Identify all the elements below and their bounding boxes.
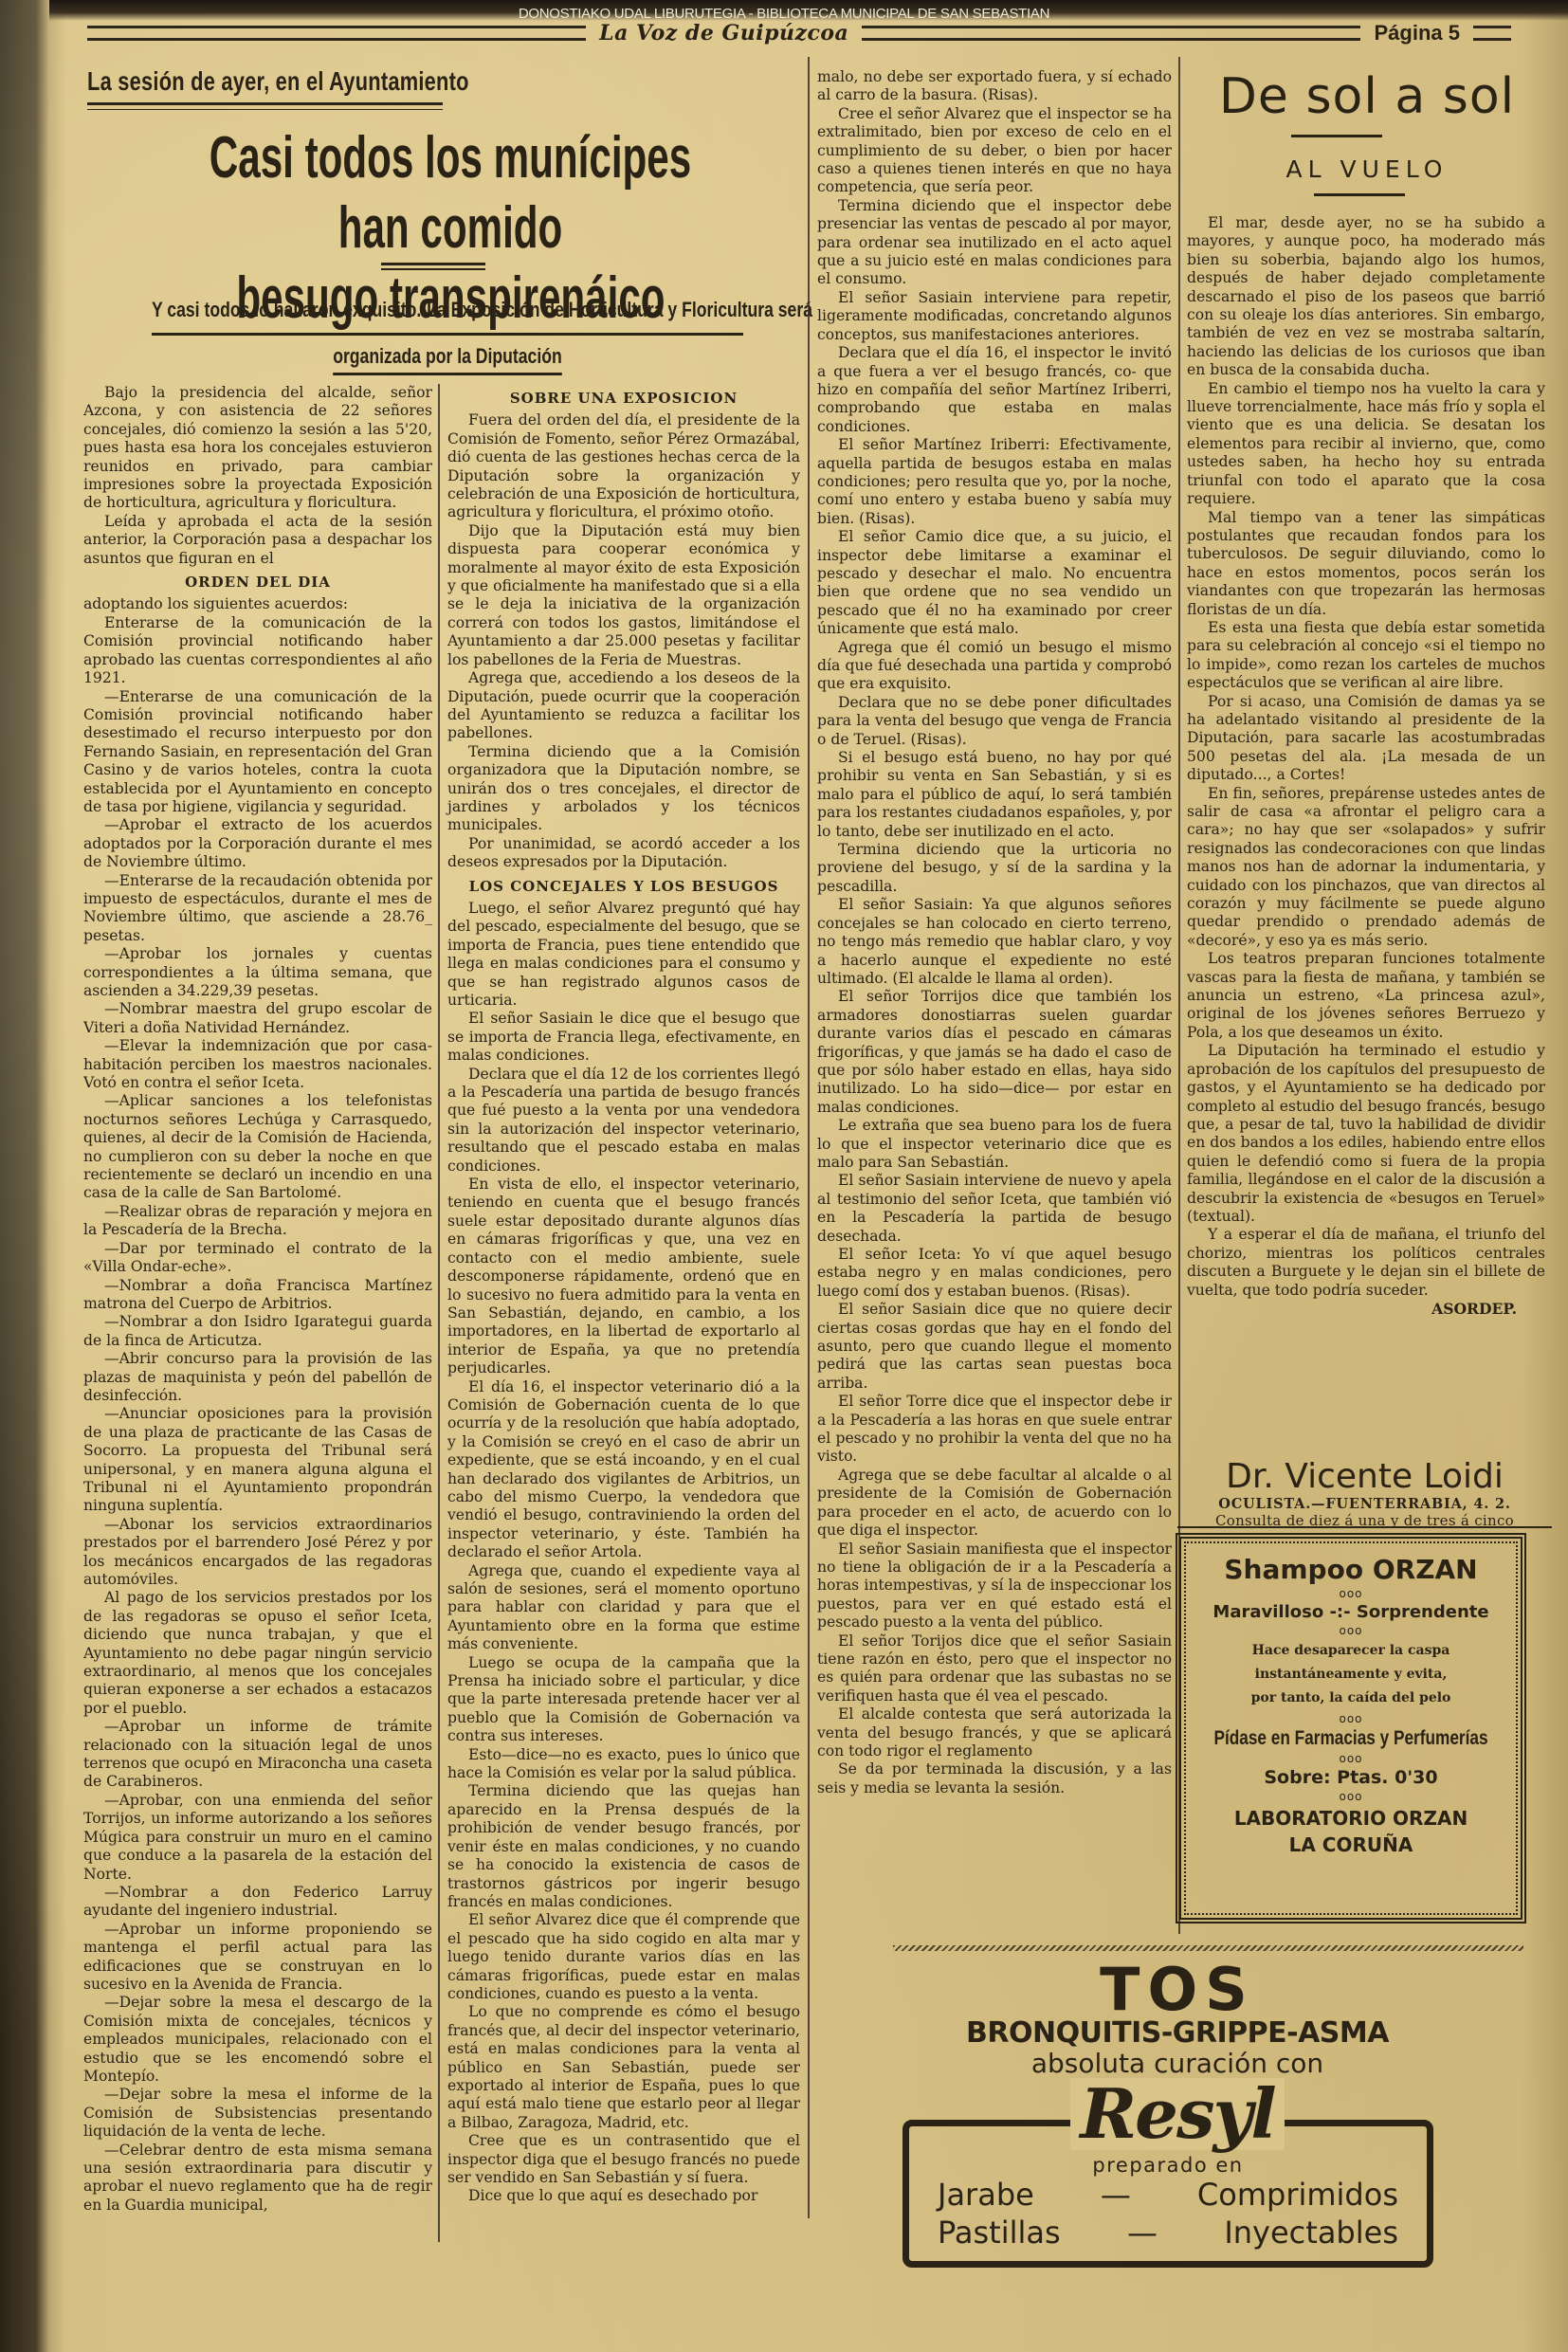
paragraph: El señor Sasiain: Ya que algunos señores… <box>817 896 1172 988</box>
ad-loidi-name: Dr. Vicente Loidi <box>1177 1458 1552 1496</box>
paragraph: El señor Torre dice que el inspector deb… <box>817 1393 1172 1467</box>
paragraph: Leída y aprobada el acta de la sesión an… <box>83 513 432 568</box>
paragraph: Dice que lo que aquí es desechado por <box>447 2187 800 2205</box>
paragraph: El señor Martínez Iriberri: Efectivament… <box>817 436 1172 528</box>
paragraph: —Aprobar un informe proponiendo se mante… <box>83 1921 432 1995</box>
paragraph: —Enterarse de una comunicación de la Com… <box>83 688 432 817</box>
column-de-sol-a-sol: El mar, desde ayer, no se ha subido a ma… <box>1187 214 1545 1318</box>
paragraph: —Nombrar maestra del grupo escolar de Vi… <box>83 1000 432 1037</box>
paragraph: Lo que no comprende es cómo el besugo fr… <box>447 2003 800 2132</box>
ornament-separator: ooo <box>1181 1710 1521 1727</box>
ornament-separator: ooo <box>1181 1788 1521 1805</box>
paragraph: En cambio el tiempo nos ha vuelto la car… <box>1187 380 1545 509</box>
masthead-rule-right <box>862 26 1360 41</box>
paragraph: La Diputación ha terminado el estudio y … <box>1187 1042 1545 1226</box>
ad-resyl-brand-logo: Resyl <box>1070 2078 1284 2150</box>
paragraph: Bajo la presidencia del alcalde, señor A… <box>83 384 432 513</box>
headline-rule <box>381 263 485 270</box>
ad-orzan-description: Hace desaparecer la caspa instantáneamen… <box>1247 1639 1455 1710</box>
form-pastillas: Pastillas <box>938 2214 1061 2252</box>
paragraph: El señor Torrijos dice que también los a… <box>817 988 1172 1117</box>
paragraph: En fin, señores, prepárense ustedes ante… <box>1187 785 1545 951</box>
ad-resyl-forms-row-1: Jarabe — Comprimidos <box>922 2176 1413 2214</box>
paragraph: malo, no debe ser exportado fuera, y sí … <box>817 68 1172 105</box>
paragraph: —Elevar la indemnización que por casa-ha… <box>83 1037 432 1092</box>
ad-resyl-headline: TOS <box>893 1962 1462 2017</box>
column-rule-2 <box>808 57 810 2218</box>
paragraph: —Abonar los servicios extraordinarios pr… <box>83 1516 432 1590</box>
paragraph: El mar, desde ayer, no se ha subido a ma… <box>1187 214 1545 380</box>
paragraph: Declara que el día 16, el inspector le i… <box>817 344 1172 436</box>
ornament-separator: ooo <box>1181 1750 1521 1767</box>
section-title: De sol a sol <box>1187 66 1547 127</box>
masthead: La Voz de Guipúzcoa Página 5 <box>87 23 1511 44</box>
paragraph: —Nombrar a don Isidro Igarategui guarda … <box>83 1313 432 1350</box>
paragraph: Si el besugo está bueno, no hay por qué … <box>817 749 1172 841</box>
newspaper-title: La Voz de Guipúzcoa <box>599 21 848 46</box>
paragraph: Cree el señor Alvarez que el inspector s… <box>817 105 1172 197</box>
article-column-2: SOBRE UNA EXPOSICIONFuera del orden del … <box>447 384 800 2206</box>
page-number: 5 <box>1449 21 1460 45</box>
subhead-line-2: organizada por la Diputación <box>333 340 562 375</box>
paragraph: adoptando los siguientes acuerdos: <box>83 595 432 613</box>
column-rule-1 <box>438 384 440 2242</box>
paragraph: Termina diciendo que a la Comisión organ… <box>447 743 800 835</box>
paragraph: El señor Sasiain manifiesta que el inspe… <box>817 1541 1172 1632</box>
paragraph: Declara que el día 12 de los corrientes … <box>447 1066 800 1176</box>
masthead-rule-end <box>1473 26 1511 41</box>
paragraph: Enterarse de la comunicación de la Comis… <box>83 614 432 688</box>
ad-orzan-where: Pídase en Farmacias y Perfumerías <box>1212 1727 1490 1750</box>
paragraph: Luego, el señor Alvarez preguntó qué hay… <box>447 900 800 1010</box>
paragraph: —Celebrar dentro de esta misma semana un… <box>83 2142 432 2215</box>
paragraph: Luego se ocupa de la campaña que la Pren… <box>447 1654 800 1746</box>
ad-resyl-prepared: preparado en <box>922 2155 1413 2176</box>
form-comprimidos: Comprimidos <box>1197 2176 1398 2214</box>
section-subtitle-rule <box>1314 193 1405 196</box>
paragraph: Fuera del orden del día, el presidente d… <box>447 411 800 521</box>
subhead-line-1: Y casi todos lo hallaron exquisito.-La E… <box>152 289 743 336</box>
article-kicker: La sesión de ayer, en el Ayuntamiento <box>87 66 469 97</box>
paragraph: —Aprobar, con una enmienda del señor Tor… <box>83 1792 432 1884</box>
paragraph: —Abrir concurso para la provisión de las… <box>83 1350 432 1405</box>
author-signature: ASORDEP. <box>1187 1300 1545 1318</box>
ornament-separator: ooo <box>1181 1585 1521 1602</box>
ad-orzan-tagline: Maravilloso -:- Sorprendente <box>1181 1602 1521 1622</box>
paragraph: Termina diciendo que la urticoria no pro… <box>817 841 1172 896</box>
library-watermark: DONOSTIAKO UDAL LIBURUTEGIA - BIBLIOTECA… <box>0 6 1568 22</box>
section-subtitle: AL VUELO <box>1187 155 1547 183</box>
paragraph: El señor Sasiain dice que no quiere deci… <box>817 1301 1172 1393</box>
section-title-rule <box>1291 135 1382 137</box>
paragraph: El señor Alvarez dice que él comprende q… <box>447 1911 800 2003</box>
paragraph: El señor Sasiain interviene para repetir… <box>817 289 1172 344</box>
ad-divider <box>1177 1526 1552 1528</box>
ad-dr-loidi: Dr. Vicente Loidi OCULISTA.—FUENTERRABIA… <box>1177 1458 1552 1529</box>
headline-line-1: Casi todos los munícipes han comido <box>195 123 704 264</box>
paragraph: —Dejar sobre la mesa el informe de la Co… <box>83 2086 432 2141</box>
paragraph: Agrega que, accediendo a los deseos de l… <box>447 669 800 743</box>
paragraph: El señor Camio dice que, a su juicio, el… <box>817 528 1172 638</box>
paragraph: Por si acaso, una Comisión de damas ya s… <box>1187 693 1545 785</box>
paragraph: El día 16, el inspector veterinario dió … <box>447 1378 800 1562</box>
paragraph: El señor Torijos dice que el señor Sasia… <box>817 1632 1172 1706</box>
paragraph: Se da por terminada la discusión, y a la… <box>817 1760 1172 1797</box>
paragraph: Y a esperar el día de mañana, el triunfo… <box>1187 1226 1545 1300</box>
paragraph: —Aprobar un informe de trámite relaciona… <box>83 1718 432 1792</box>
ad-orzan-lab: LABORATORIO ORZAN <box>1181 1805 1521 1832</box>
paragraph: —Realizar obras de reparación y mejora e… <box>83 1203 432 1240</box>
paragraph: Cree que es un contrasentido que el insp… <box>447 2132 800 2187</box>
paragraph: —Aprobar los jornales y cuentas correspo… <box>83 945 432 1000</box>
paragraph: —Nombrar a doña Francisca Martínez matro… <box>83 1277 432 1314</box>
paragraph: Por unanimidad, se acordó acceder a los … <box>447 835 800 872</box>
masthead-rule-left <box>87 26 586 41</box>
form-inyectables: Inyectables <box>1224 2214 1398 2252</box>
paragraph: El señor Sasiain le dice que el besugo q… <box>447 1010 800 1065</box>
section-subheading: LOS CONCEJALES Y LOS BESUGOS <box>447 878 800 896</box>
paragraph: Agrega que él comió un besugo el mismo d… <box>817 639 1172 694</box>
ad-orzan-price: Sobre: Ptas. 0'30 <box>1181 1767 1521 1788</box>
page-label: Página <box>1374 21 1442 45</box>
paragraph: —Aprobar el extracto de los acuerdos ado… <box>83 816 432 871</box>
page-indicator: Página 5 <box>1374 21 1460 46</box>
paragraph: El señor Sasiain interviene de nuevo y a… <box>817 1172 1172 1246</box>
ornament-separator: ooo <box>1181 1622 1521 1639</box>
paragraph: Los teatros preparan funciones totalment… <box>1187 950 1545 1042</box>
paragraph: Termina diciendo que el inspector debe p… <box>817 197 1172 289</box>
paragraph: —Anunciar oposiciones para la provisión … <box>83 1405 432 1515</box>
ad-resyl-forms-row-2: Pastillas — Inyectables <box>922 2214 1413 2252</box>
paragraph: Al pago de los servicios prestados por l… <box>83 1589 432 1718</box>
paragraph: —Nombrar a don Federico Larruy ayudante … <box>83 1884 432 1921</box>
ornamental-divider <box>893 1945 1523 1951</box>
article-column-1: Bajo la presidencia del alcalde, señor A… <box>83 384 432 2215</box>
paragraph: Agrega que se debe facultar al alcalde o… <box>817 1467 1172 1541</box>
ad-orzan-title: Shampoo ORZAN <box>1181 1554 1521 1585</box>
ad-loidi-address: OCULISTA.—FUENTERRABIA, 4. 2. <box>1177 1496 1552 1512</box>
ad-resyl: TOS BRONQUITIS-GRIPPE-ASMA absoluta cura… <box>893 1962 1462 2268</box>
kicker-rule <box>87 102 443 110</box>
paragraph: —Dejar sobre la mesa el descargo de la C… <box>83 1994 432 2086</box>
paragraph: En vista de ello, el inspector veterinar… <box>447 1176 800 1377</box>
paragraph: El señor Iceta: Yo ví que aquel besugo e… <box>817 1246 1172 1301</box>
ad-resyl-ailments: BRONQUITIS-GRIPPE-ASMA <box>893 2017 1462 2050</box>
paragraph: Agrega que, cuando el expediente vaya al… <box>447 1562 800 1654</box>
paragraph: Es esta una fiesta que debía estar somet… <box>1187 619 1545 693</box>
paragraph: —Enterarse de la recaudación obtenida po… <box>83 872 432 946</box>
section-subheading: SOBRE UNA EXPOSICION <box>447 390 800 408</box>
paragraph: Dijo que la Diputación está muy bien dis… <box>447 522 800 669</box>
paragraph: Declara que no se debe poner dificultade… <box>817 694 1172 749</box>
section-subheading: ORDEN DEL DIA <box>83 574 432 592</box>
paragraph: Esto—dice—no es exacto, pues lo único qu… <box>447 1746 800 1783</box>
paragraph: —Aplicar sanciones a los telefonistas no… <box>83 1092 432 1202</box>
article-column-3: malo, no debe ser exportado fuera, y sí … <box>817 68 1172 1797</box>
article-subhead: Y casi todos lo hallaron exquisito.-La E… <box>78 289 817 377</box>
dash: — <box>1127 2214 1158 2252</box>
paragraph: El alcalde contesta que será autorizada … <box>817 1705 1172 1760</box>
paragraph: —Dar por terminado el contrato de la «Vi… <box>83 1240 432 1277</box>
ad-shampoo-orzan: Shampoo ORZAN ooo Maravilloso -:- Sorpre… <box>1176 1533 1526 1924</box>
dash: — <box>1101 2176 1131 2214</box>
paragraph: Termina diciendo que las quejas han apar… <box>447 1782 800 1911</box>
paragraph: Le extraña que sea bueno para los de fue… <box>817 1117 1172 1172</box>
form-jarabe: Jarabe <box>938 2176 1034 2214</box>
paragraph: Mal tiempo van a tener las simpáticas po… <box>1187 509 1545 619</box>
ad-orzan-city: LA CORUÑA <box>1181 1832 1521 1858</box>
